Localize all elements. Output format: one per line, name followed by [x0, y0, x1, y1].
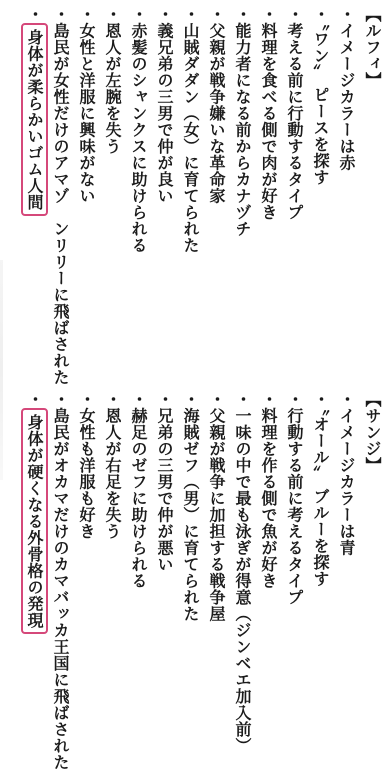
- luffy-item: ・考える前に行動するタイプ: [281, 6, 307, 386]
- bullet-icon: ・: [77, 391, 96, 408]
- bullet-icon: ・: [129, 6, 148, 23]
- luffy-item: ・料理を食べる側で肉が好き: [255, 6, 281, 386]
- bullet-icon: ・: [51, 6, 70, 23]
- luffy-item: ・能力者になる前からカナヅチ: [229, 6, 255, 386]
- highlight-box: 身体が柔らかいゴム人間: [21, 23, 48, 217]
- bullet-icon: ・: [285, 6, 304, 23]
- bullet-icon: ・: [311, 6, 330, 23]
- luffy-item-text: 赤髪のシャンクスに助けられる: [129, 23, 148, 254]
- luffy-item: ・義兄弟の三男で仲が良い: [151, 6, 177, 386]
- luffy-item: ・女性と洋服に興味がない: [73, 6, 99, 386]
- luffy-item: ・赤髪のシャンクスに助けられる: [125, 6, 151, 386]
- luffy-item-text: 父親が戦争嫌いな革命家: [207, 23, 226, 205]
- bullet-icon: ・: [155, 6, 174, 23]
- bullet-icon: ・: [25, 6, 44, 23]
- luffy-item: ・父親が戦争嫌いな革命家: [203, 6, 229, 386]
- bullet-icon: ・: [311, 391, 330, 408]
- bullet-icon: ・: [181, 391, 200, 408]
- bullet-icon: ・: [207, 6, 226, 23]
- sanji-item-highlighted: ・身体が硬くなる外骨格の発現: [21, 391, 47, 781]
- bullet-icon: ・: [25, 391, 44, 408]
- luffy-item-text: 山賊ダダン（女）に育てられた: [181, 23, 200, 254]
- bullet-icon: ・: [259, 6, 278, 23]
- sanji-item: ・恩人が右足を失う: [99, 391, 125, 781]
- sanji-item: ・女性も洋服も好き: [73, 391, 99, 781]
- luffy-item: ・島民が女性だけのアマゾ ンリリーに飛ばされた: [47, 6, 73, 386]
- luffy-item-text: イメージカラーは赤: [337, 23, 356, 172]
- luffy-item-text: 考える前に行動するタイプ: [285, 23, 304, 221]
- bullet-icon: ・: [103, 391, 122, 408]
- luffy-item: ・恩人が左腕を失う: [99, 6, 125, 386]
- sanji-item: ・一味の中で最も泳ぎが得意（ジンベエ加入前）: [229, 391, 255, 781]
- luffy-item: ・山賊ダダン（女）に育てられた: [177, 6, 203, 386]
- sanji-item: ・行動する前に考えるタイプ: [281, 391, 307, 781]
- sanji-item: ・兄弟の三男で仲が悪い: [151, 391, 177, 781]
- sanji-item: ・料理を作る側で魚が好き: [255, 391, 281, 781]
- luffy-item-text: 女性と洋服に興味がない: [77, 23, 96, 205]
- sanji-item-text: 女性も洋服も好き: [77, 408, 96, 540]
- bullet-icon: ・: [233, 391, 252, 408]
- luffy-item-text: 料理を食べる側で肉が好き: [259, 23, 278, 221]
- luffy-item-text: 能力者になる前からカナヅチ: [233, 23, 252, 238]
- sanji-header: 【サンジ】: [359, 391, 385, 781]
- luffy-item-highlighted: ・身体が柔らかいゴム人間: [21, 6, 47, 386]
- document-page: 【ルフィ】 ・イメージカラーは赤 ・〝ワン〟 ピースを探す ・考える前に行動する…: [0, 0, 391, 783]
- bullet-icon: ・: [103, 6, 122, 23]
- bullet-icon: ・: [337, 6, 356, 23]
- bullet-icon: ・: [207, 391, 226, 408]
- sanji-item-text: イメージカラーは青: [337, 408, 356, 557]
- sanji-item-text: 赫足のゼフに助けられる: [129, 408, 148, 590]
- sanji-item: ・〝オール〟 ブルーを探す: [307, 391, 333, 781]
- bullet-icon: ・: [259, 391, 278, 408]
- bullet-icon: ・: [285, 391, 304, 408]
- sanji-item-text: 〝オール〟 ブルーを探す: [311, 408, 330, 588]
- luffy-item: ・イメージカラーは赤: [333, 6, 359, 386]
- scan-artifact: [0, 260, 3, 480]
- bullet-icon: ・: [233, 6, 252, 23]
- bullet-icon: ・: [337, 391, 356, 408]
- sanji-section: 【サンジ】 ・イメージカラーは青 ・〝オール〟 ブルーを探す ・行動する前に考え…: [21, 391, 385, 781]
- luffy-item-text: 島民が女性だけのアマゾ ンリリーに飛ばされた: [51, 23, 70, 386]
- bullet-icon: ・: [51, 391, 70, 408]
- luffy-item: ・〝ワン〟 ピースを探す: [307, 6, 333, 386]
- sanji-item-text: 兄弟の三男で仲が悪い: [155, 408, 174, 573]
- sanji-item-text: 料理を作る側で魚が好き: [259, 408, 278, 590]
- luffy-item-text: 恩人が左腕を失う: [103, 23, 122, 155]
- sanji-item: ・イメージカラーは青: [333, 391, 359, 781]
- luffy-item-text: 義兄弟の三男で仲が良い: [155, 23, 174, 205]
- sanji-item-text: 島民がオカマだけのカマバッカ王国に飛ばされた: [51, 408, 70, 771]
- sanji-item-text: 恩人が右足を失う: [103, 408, 122, 540]
- bullet-icon: ・: [77, 6, 96, 23]
- bullet-icon: ・: [155, 391, 174, 408]
- luffy-item-text: 〝ワン〟 ピースを探す: [311, 23, 330, 186]
- highlight-box: 身体が硬くなる外骨格の発現: [21, 408, 48, 635]
- sanji-item-text: 父親が戦争に加担する戦争屋: [207, 408, 226, 623]
- sanji-item: ・島民がオカマだけのカマバッカ王国に飛ばされた: [47, 391, 73, 781]
- sanji-item-text: 一味の中で最も泳ぎが得意（ジンベエ加入前）: [233, 408, 252, 755]
- sanji-item-text: 行動する前に考えるタイプ: [285, 408, 304, 606]
- bullet-icon: ・: [181, 6, 200, 23]
- luffy-header: 【ルフィ】: [359, 6, 385, 386]
- luffy-section: 【ルフィ】 ・イメージカラーは赤 ・〝ワン〟 ピースを探す ・考える前に行動する…: [21, 6, 385, 386]
- sanji-item-text: 海賊ゼフ（男）に育てられた: [181, 408, 200, 623]
- bullet-icon: ・: [129, 391, 148, 408]
- sanji-item: ・海賊ゼフ（男）に育てられた: [177, 391, 203, 781]
- sanji-item: ・赫足のゼフに助けられる: [125, 391, 151, 781]
- sanji-item: ・父親が戦争に加担する戦争屋: [203, 391, 229, 781]
